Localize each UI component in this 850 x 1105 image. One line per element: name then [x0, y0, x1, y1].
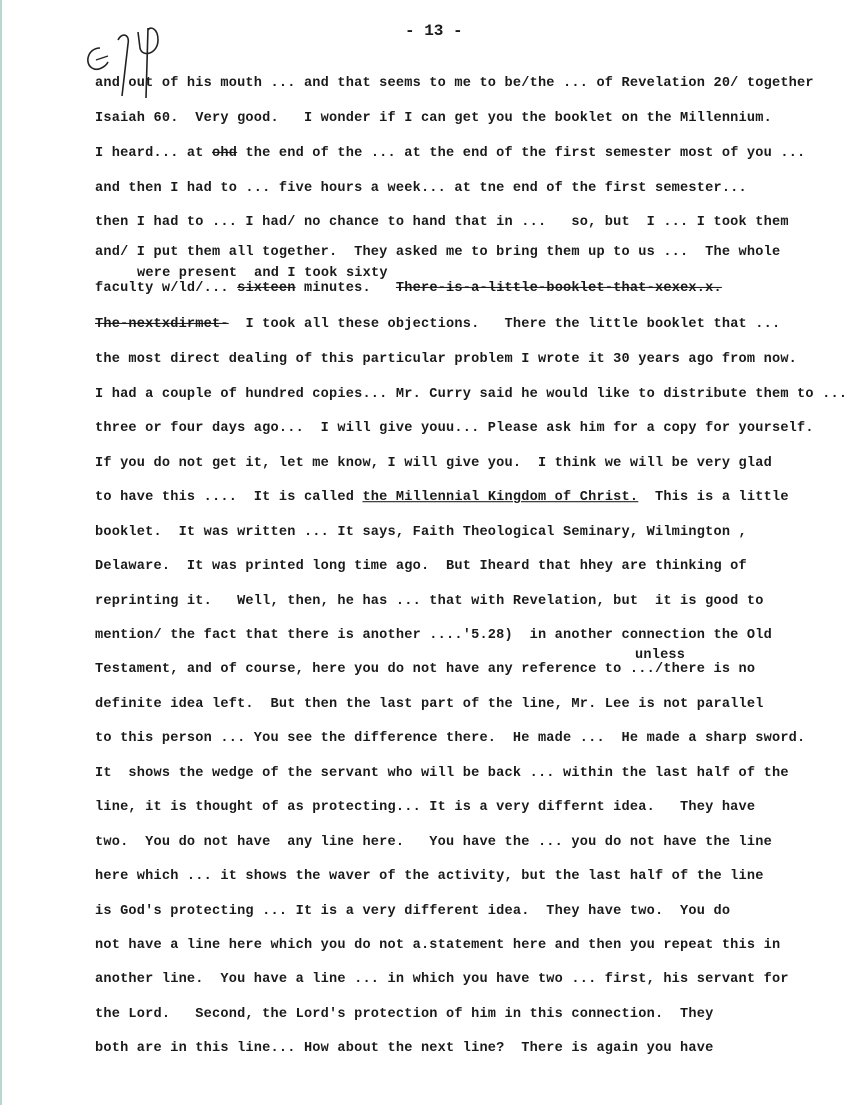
line-text: I took all these objections. There the l…: [229, 317, 781, 333]
text-line: If you do not get it, let me know, I wil…: [95, 456, 772, 472]
text-line: the most direct dealing of this particul…: [95, 352, 797, 368]
struck-text: The-nextxdirmet-: [95, 317, 229, 333]
text-line: definite idea left. But then the last pa…: [95, 697, 764, 713]
line-text: the Lord. Second, the Lord's protection …: [95, 1007, 713, 1023]
line-text: both are in this line... How about the n…: [95, 1041, 713, 1057]
page-number: - 13 -: [405, 22, 463, 40]
struck-text: ohd: [212, 146, 237, 162]
line-text: Delaware. It was printed long time ago. …: [95, 559, 747, 575]
text-line: the Lord. Second, the Lord's protection …: [95, 1007, 713, 1023]
text-line: reprinting it. Well, then, he has ... th…: [95, 594, 764, 610]
text-line: here which ... it shows the waver of the…: [95, 869, 764, 885]
line-text: not have a line here which you do not a.…: [95, 938, 780, 954]
scan-edge: [0, 0, 2, 1105]
struck-text: There-is-a-little-booklet-that-xexex.x.: [396, 281, 722, 297]
text-line: Testament, and of course, here you do no…: [95, 662, 755, 678]
text-line: The-nextxdirmet- I took all these object…: [95, 317, 780, 333]
text-line: line, it is thought of as protecting... …: [95, 800, 755, 816]
text-line: It shows the wedge of the servant who wi…: [95, 766, 789, 782]
struck-text: sixteen: [237, 281, 296, 297]
text-line: I heard... at ohd the end of the ... at …: [95, 146, 805, 162]
line-text: and/ I put them all together. They asked…: [95, 245, 780, 261]
text-line: mention/ the fact that there is another …: [95, 628, 772, 644]
line-text: to this person ... You see the differenc…: [95, 731, 805, 747]
interlinear-insertion: unless: [635, 648, 685, 663]
interlinear-insertion: were present and I took sixty: [137, 266, 388, 281]
text-line: another line. You have a line ... in whi…: [95, 972, 789, 988]
line-text: I heard... at: [95, 146, 212, 162]
text-line: and out of his mouth ... and that seems …: [95, 76, 814, 92]
line-text: the most direct dealing of this particul…: [95, 352, 797, 368]
text-line: both are in this line... How about the n…: [95, 1041, 713, 1057]
line-text: is God's protecting ... It is a very dif…: [95, 904, 730, 920]
line-text: faculty w/ld/...: [95, 281, 237, 297]
text-line: Isaiah 60. Very good. I wonder if I can …: [95, 111, 772, 127]
line-text: line, it is thought of as protecting... …: [95, 800, 755, 816]
line-text: then I had to ... I had/ no chance to ha…: [95, 215, 789, 231]
text-line: not have a line here which you do not a.…: [95, 938, 780, 954]
text-line: booklet. It was written ... It says, Fai…: [95, 525, 747, 541]
line-text: definite idea left. But then the last pa…: [95, 697, 764, 713]
text-line: is God's protecting ... It is a very dif…: [95, 904, 730, 920]
line-text: This is a little: [638, 490, 788, 506]
text-line: then I had to ... I had/ no chance to ha…: [95, 215, 789, 231]
line-text: and out of his mouth ... and that seems …: [95, 76, 814, 92]
line-text: three or four days ago... I will give yo…: [95, 421, 814, 437]
text-line: and then I had to ... five hours a week.…: [95, 181, 747, 197]
line-text: booklet. It was written ... It says, Fai…: [95, 525, 747, 541]
text-line: three or four days ago... I will give yo…: [95, 421, 814, 437]
line-text: two. You do not have any line here. You …: [95, 835, 772, 851]
text-line: Delaware. It was printed long time ago. …: [95, 559, 747, 575]
line-text: the end of the ... at the end of the fir…: [237, 146, 805, 162]
line-text: It shows the wedge of the servant who wi…: [95, 766, 789, 782]
line-text: to have this .... It is called: [95, 490, 362, 506]
line-text: Testament, and of course, here you do no…: [95, 662, 755, 678]
line-text: I had a couple of hundred copies... Mr. …: [95, 387, 847, 403]
line-text: Isaiah 60. Very good. I wonder if I can …: [95, 111, 772, 127]
text-line: I had a couple of hundred copies... Mr. …: [95, 387, 847, 403]
text-line: to have this .... It is called the Mille…: [95, 490, 789, 506]
text-line: to this person ... You see the differenc…: [95, 731, 805, 747]
underlined-title: the Millennial Kingdom of Christ.: [362, 490, 638, 506]
line-text: reprinting it. Well, then, he has ... th…: [95, 594, 764, 610]
line-text: minutes.: [296, 281, 396, 297]
line-text: here which ... it shows the waver of the…: [95, 869, 764, 885]
text-line: two. You do not have any line here. You …: [95, 835, 772, 851]
text-line: faculty w/ld/... sixteen minutes. There-…: [95, 281, 722, 297]
line-text: another line. You have a line ... in whi…: [95, 972, 789, 988]
line-text: If you do not get it, let me know, I wil…: [95, 456, 772, 472]
text-line: and/ I put them all together. They asked…: [95, 245, 780, 261]
line-text: mention/ the fact that there is another …: [95, 628, 772, 644]
line-text: and then I had to ... five hours a week.…: [95, 181, 747, 197]
